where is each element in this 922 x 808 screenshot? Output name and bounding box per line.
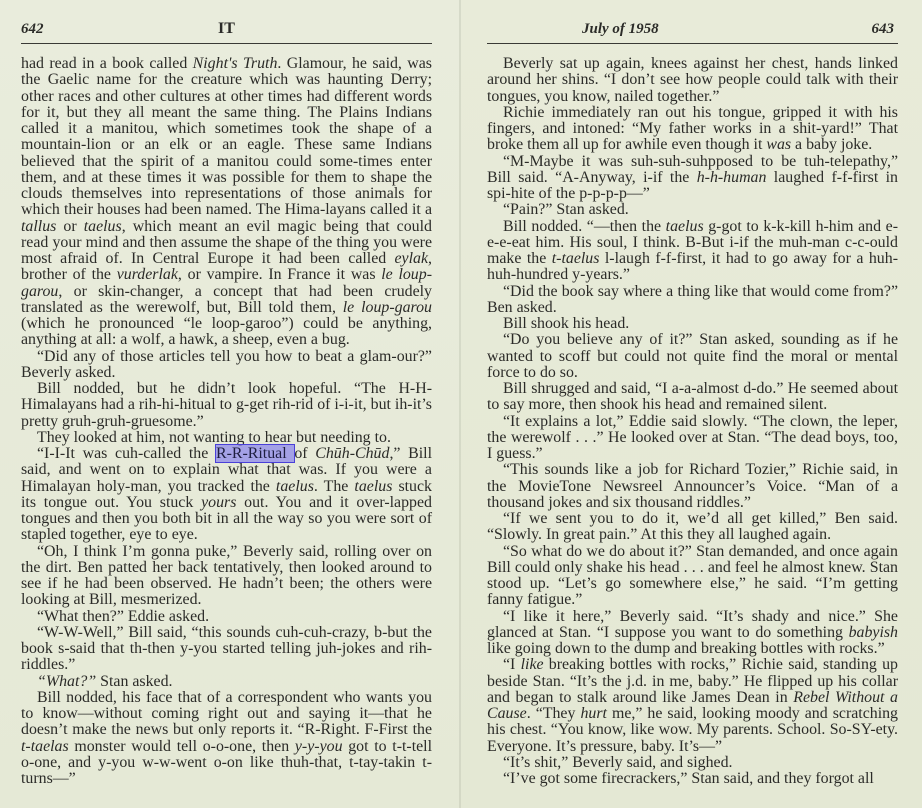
italic-text: le loup-garou xyxy=(343,299,432,316)
italic-text: Chūh-Chūd xyxy=(315,445,389,462)
right-page-header: July of 1958 643 xyxy=(487,0,898,38)
italic-text: babyish xyxy=(849,624,898,641)
text-run: “It’s shit,” Beverly said, and sighed. xyxy=(503,754,732,771)
italic-text: t-taelas xyxy=(21,738,69,755)
paragraph: “Do you believe any of it?” Stan asked, … xyxy=(487,332,898,381)
page-number: 642 xyxy=(21,21,44,38)
italic-text: taelus xyxy=(84,218,122,235)
italic-text: taelus xyxy=(276,478,314,495)
text-run: Bill shrugged and said, “I a-a-almost d-… xyxy=(487,380,898,413)
text-run: Bill nodded, his face that of a correspo… xyxy=(21,689,432,739)
paragraph: “Pain?” Stan asked. xyxy=(487,202,898,218)
paragraph: had read in a book called Night's Truth.… xyxy=(21,56,432,349)
paragraph: “It’s shit,” Beverly said, and sighed. xyxy=(487,755,898,771)
text-run: “If we sent you to do it, we’d all get k… xyxy=(487,510,898,543)
right-page: July of 1958 643 Beverly sat up again, k… xyxy=(461,0,922,808)
highlighted-selection[interactable]: R-R-Ritual xyxy=(216,445,294,462)
page-number: 643 xyxy=(872,21,895,38)
text-run: Bill nodded, but he didn’t look hopeful.… xyxy=(21,380,432,430)
text-run: or xyxy=(56,218,83,235)
text-run: monster would tell o-o-one, then xyxy=(69,738,295,755)
text-run: “W-W-Well,” Bill said, “this sounds cuh-… xyxy=(21,624,432,674)
text-run: “Do you believe any of it?” Stan asked, … xyxy=(487,331,898,381)
italic-text: eylak xyxy=(394,250,428,267)
paragraph: “I-I-It was cuh-called the R-R-Ritual of… xyxy=(21,446,432,544)
text-run: “This sounds like a job for Richard Tozi… xyxy=(487,461,898,511)
left-page-header: 642 IT xyxy=(21,0,432,38)
paragraph: “I’ve got some firecrackers,” Stan said,… xyxy=(487,771,898,787)
text-run: of xyxy=(294,445,315,462)
paragraph: “W-W-Well,” Bill said, “this sounds cuh-… xyxy=(21,625,432,674)
paragraph: “I like breaking bottles with rocks,” Ri… xyxy=(487,657,898,755)
paragraph: Bill shrugged and said, “I a-a-almost d-… xyxy=(487,381,898,414)
text-run: Bill shook his head. xyxy=(503,315,629,332)
right-page-body[interactable]: Beverly sat up again, knees against her … xyxy=(487,56,898,787)
text-run: like going down to the dump and breaking… xyxy=(487,640,885,657)
text-run: They looked at him, not wanting to hear … xyxy=(37,429,391,446)
paragraph: “So what do we do about it?” Stan demand… xyxy=(487,544,898,609)
paragraph: “Did the book say where a thing like tha… xyxy=(487,284,898,317)
paragraph: “If we sent you to do it, we’d all get k… xyxy=(487,511,898,544)
paragraph: “It explains a lot,” Eddie said slowly. … xyxy=(487,414,898,463)
text-run: . “They xyxy=(527,705,581,722)
paragraph: “I like it here,” Beverly said. “It’s sh… xyxy=(487,609,898,658)
running-head-chapter: July of 1958 xyxy=(582,21,659,38)
paragraph: They looked at him, not wanting to hear … xyxy=(21,430,432,446)
italic-text: taelus xyxy=(354,478,392,495)
book-spread: 642 IT had read in a book called Night's… xyxy=(0,0,922,808)
text-run: had read in a book called xyxy=(21,55,193,72)
paragraph: Beverly sat up again, knees against her … xyxy=(487,56,898,105)
text-run: , or vampire. In France it was xyxy=(178,266,381,283)
paragraph: “What?” Stan asked. xyxy=(21,674,432,690)
text-run: “Did any of those articles tell you how … xyxy=(21,348,432,381)
left-page: 642 IT had read in a book called Night's… xyxy=(0,0,461,808)
italic-text: like xyxy=(521,656,544,673)
text-run: a baby joke. xyxy=(791,136,872,153)
italic-text: vurderlak xyxy=(117,266,178,283)
paragraph: “Oh, I think I’m gonna puke,” Beverly sa… xyxy=(21,544,432,609)
paragraph: “This sounds like a job for Richard Tozi… xyxy=(487,462,898,511)
italic-text: yours xyxy=(201,494,236,511)
paragraph: “Did any of those articles tell you how … xyxy=(21,349,432,382)
left-page-body[interactable]: had read in a book called Night's Truth.… xyxy=(21,56,432,787)
text-run: . The xyxy=(314,478,355,495)
italic-text: “What?” xyxy=(37,673,96,690)
text-run: “I’ve got some firecrackers,” Stan said,… xyxy=(503,770,874,787)
text-run: “I like it here,” Beverly said. “It’s sh… xyxy=(487,608,898,641)
italic-text: Night's Truth xyxy=(193,55,278,72)
text-run: “Did the book say where a thing like tha… xyxy=(487,283,898,316)
paragraph: Bill shook his head. xyxy=(487,316,898,332)
running-head-book-title: IT xyxy=(218,20,235,38)
text-run: “Pain?” Stan asked. xyxy=(503,201,629,218)
text-run: Bill nodded. “—then the xyxy=(503,218,666,235)
paragraph: “M-Maybe it was suh-suh-suhpposed to be … xyxy=(487,154,898,203)
paragraph: Richie immediately ran out his tongue, g… xyxy=(487,105,898,154)
text-run: “Oh, I think I’m gonna puke,” Beverly sa… xyxy=(21,543,432,609)
paragraph: Bill nodded. “—then the taelus g-got to … xyxy=(487,219,898,284)
italic-text: t-taelus xyxy=(552,250,600,267)
paragraph: “What then?” Eddie asked. xyxy=(21,609,432,625)
text-run: (which he pronounced “le loop-garoo”) co… xyxy=(21,315,432,348)
italic-text: was xyxy=(766,136,791,153)
text-run: “What then?” Eddie asked. xyxy=(37,608,209,625)
italic-text: tallus xyxy=(21,218,56,235)
text-run: Stan asked. xyxy=(96,673,172,690)
italic-text: h-h-human xyxy=(697,169,767,186)
paragraph: Bill nodded, his face that of a correspo… xyxy=(21,690,432,788)
text-run: Beverly sat up again, knees against her … xyxy=(487,55,898,105)
paragraph: Bill nodded, but he didn’t look hopeful.… xyxy=(21,381,432,430)
text-run: “It explains a lot,” Eddie said slowly. … xyxy=(487,413,898,463)
text-run: “I xyxy=(503,656,521,673)
text-run: . Glamour, he said, was the Gaelic name … xyxy=(21,55,432,218)
italic-text: taelus xyxy=(666,218,704,235)
italic-text: y-y-you xyxy=(295,738,343,755)
italic-text: hurt xyxy=(580,705,607,722)
header-rule xyxy=(487,43,898,44)
text-run: “So what do we do about it?” Stan demand… xyxy=(487,543,898,609)
header-rule xyxy=(21,43,432,44)
text-run: “I-I-It was cuh-called the xyxy=(37,445,216,462)
